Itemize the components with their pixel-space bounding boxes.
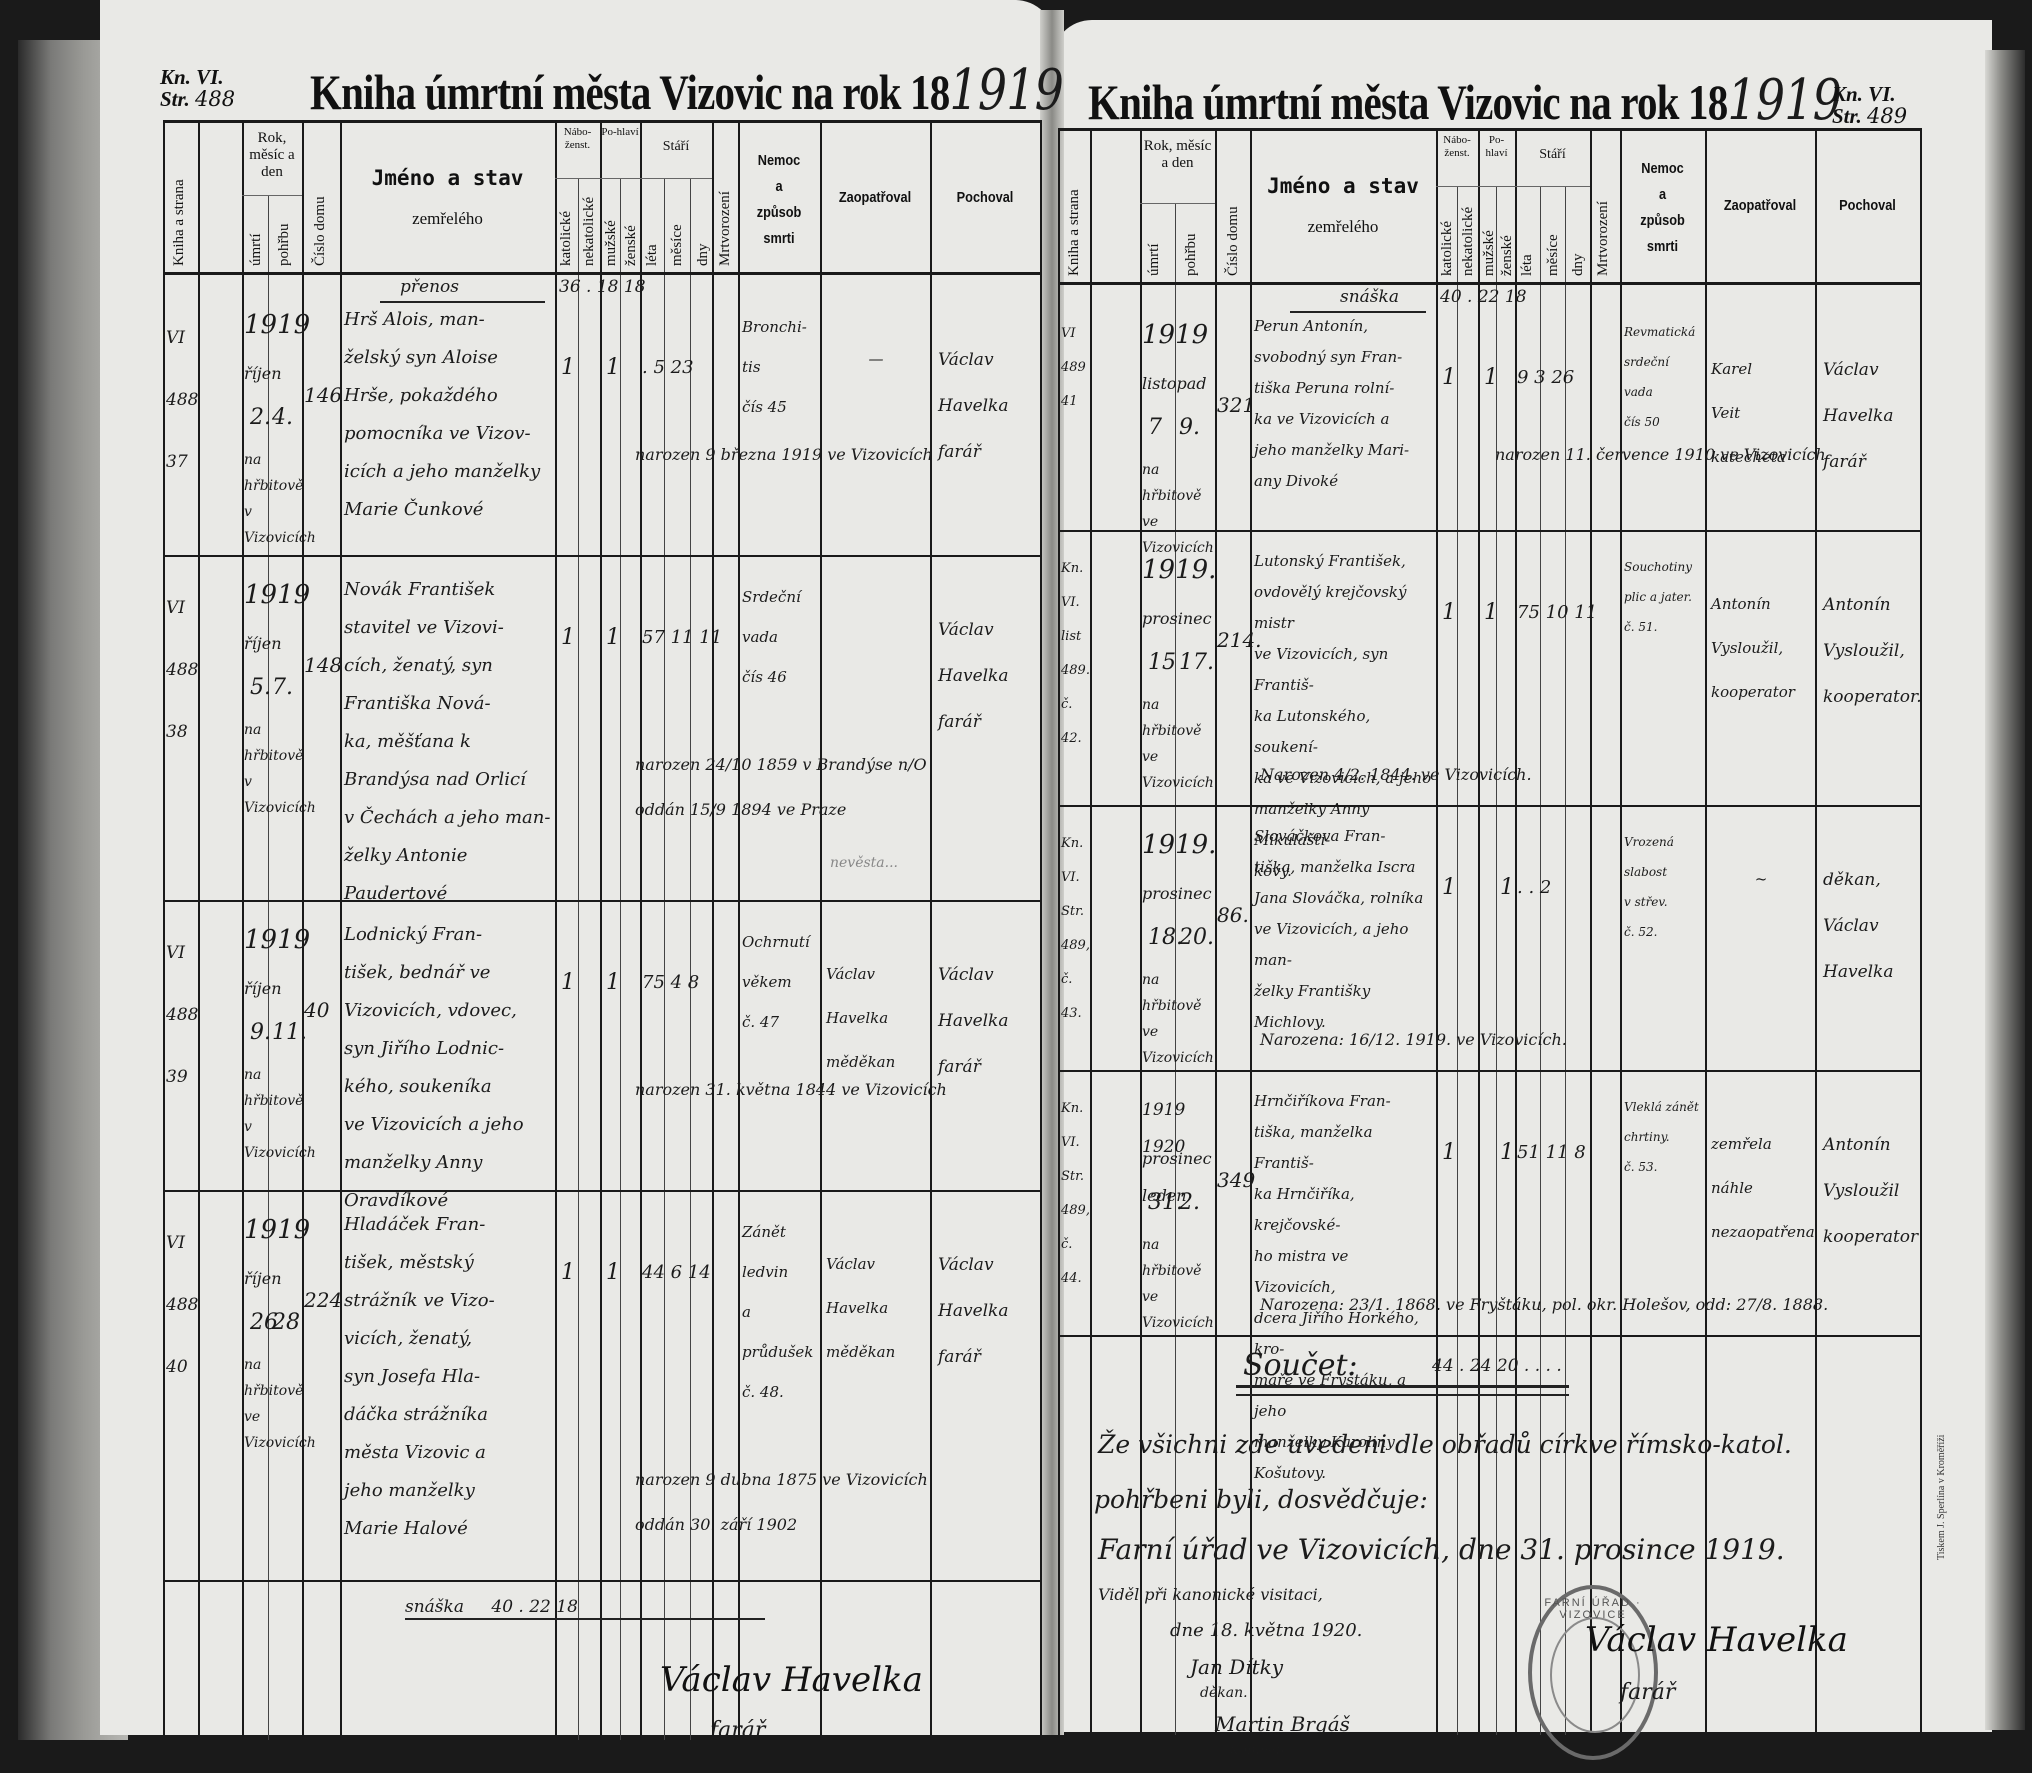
header-age-group: Stáří bbox=[640, 138, 712, 155]
title-year: 1919 bbox=[949, 58, 1063, 123]
header-name-title: Jméno a stav bbox=[340, 165, 555, 191]
entry-burial-day: 4. bbox=[272, 399, 306, 436]
entry-death-day: 18. bbox=[1148, 919, 1183, 956]
entry-cause: Zánět ledvin a průdušek č. 48. bbox=[742, 1212, 818, 1412]
carry-over-rule bbox=[405, 1618, 765, 1620]
entry-burial-place: na hřbitově ve Vizovicích bbox=[1142, 457, 1217, 561]
column-subrule bbox=[664, 178, 665, 1740]
header-bottom-rule bbox=[1058, 282, 1920, 285]
entry-cause: Revmatická srdeční vada čís 50 bbox=[1624, 317, 1703, 437]
entry-month: prosinec bbox=[1142, 600, 1217, 637]
header-male: mužské bbox=[603, 220, 620, 266]
entry-catholic: 1 bbox=[561, 619, 583, 656]
entry-name-status: Hladáček Fran- tišek, městský strážník v… bbox=[344, 1206, 553, 1548]
header-book-page: Kniha a strana bbox=[171, 179, 188, 266]
header-months: měsíce bbox=[1545, 234, 1562, 276]
right-book-ref: Kn. VI. Str. 489 bbox=[1832, 83, 1907, 127]
header-stillborn: Mrtvorození bbox=[717, 191, 734, 266]
entry-name-status: Hrš Alois, man- želský syn Aloise Hrše, … bbox=[344, 301, 553, 529]
entry-male: 1 bbox=[606, 619, 628, 656]
subheader-rule bbox=[1515, 186, 1590, 187]
entry-house-no: 349 bbox=[1217, 1162, 1252, 1199]
entry-buried-by: Václav Havelka farář bbox=[938, 952, 1036, 1090]
entry-provided: Antonín Vysloužil, kooperator bbox=[1711, 582, 1811, 714]
entry-birth-note: Narozena: 16/12. 1919. ve Vizovicích. bbox=[1260, 1030, 1567, 1049]
entry-book-page: VI 488 40 bbox=[166, 1212, 197, 1398]
subheader-rule bbox=[1140, 203, 1215, 204]
left-book-ref: Kn. VI. Str. 488 bbox=[160, 66, 235, 110]
column-rule bbox=[1815, 128, 1817, 1735]
entry-year: 1919. bbox=[1142, 552, 1217, 589]
header-cause-line: smrti bbox=[744, 226, 814, 252]
entry-age: 44 6 14 bbox=[642, 1254, 722, 1291]
column-rule bbox=[163, 120, 165, 1740]
header-name-sub: zemřelého bbox=[340, 210, 555, 227]
column-rule bbox=[555, 120, 557, 1740]
entry-year: 1919 bbox=[244, 1212, 304, 1249]
entry-house-no: 40 bbox=[304, 992, 342, 1029]
entry-book-page: VI 488 39 bbox=[166, 922, 197, 1108]
header-death: úmrtí bbox=[1146, 244, 1163, 277]
entry-cause: Ochrnutí věkem č. 47 bbox=[742, 922, 818, 1042]
entry-year: 1919. bbox=[1142, 827, 1217, 864]
entry-catholic: 1 bbox=[561, 1254, 583, 1291]
left-carry-over: snáška 40 . 22 18 bbox=[405, 1597, 578, 1617]
entry-buried-by: Václav Havelka farář bbox=[938, 337, 1036, 475]
header-name-sub: zemřelého bbox=[1250, 218, 1436, 235]
entry-male: 1 bbox=[606, 964, 628, 1001]
column-rule bbox=[820, 120, 822, 1740]
header-years: léta bbox=[1519, 254, 1536, 276]
visitation-note-2: dne 18. května 1920. bbox=[1170, 1620, 1362, 1641]
entry-month: prosinec bbox=[1142, 875, 1217, 912]
row-rule bbox=[163, 900, 1040, 902]
carried-forward: přenos bbox=[400, 277, 459, 297]
subheader-rule bbox=[555, 178, 600, 179]
parish-stamp: FARNÍ ÚŘAD · VIZOVICE bbox=[1528, 1585, 1658, 1760]
entry-name-status: Hrnčiříkova Fran- tiška, manželka Franti… bbox=[1254, 1086, 1434, 1489]
entry-burial-day: 2. bbox=[1179, 1184, 1219, 1221]
column-rule bbox=[1920, 128, 1922, 1735]
header-book-page: Kniha a strana bbox=[1066, 189, 1083, 276]
header-cause-line: a bbox=[1626, 182, 1698, 208]
header-days: dny bbox=[695, 244, 712, 267]
certification-line-3: Farní úřad ve Vizovicích, dne 31. prosin… bbox=[1098, 1533, 1785, 1566]
certification-line-2: pohřbeni byli, dosvědčuje: bbox=[1094, 1485, 1428, 1514]
column-rule bbox=[1436, 128, 1438, 1735]
header-burial: pohřbu bbox=[1183, 234, 1200, 277]
column-subrule bbox=[578, 178, 579, 1740]
subheader-rule bbox=[1478, 186, 1515, 187]
entry-catholic: 1 bbox=[1442, 869, 1464, 906]
entry-age: . . 2 bbox=[1517, 869, 1600, 906]
entry-age: 9 3 26 bbox=[1517, 359, 1600, 396]
entry-buried-by: Václav Havelka farář bbox=[1823, 347, 1916, 485]
header-provided: Zaopatřoval bbox=[1713, 193, 1807, 219]
entry-name-status: Perun Antonín, svobodný syn Fran- tiška … bbox=[1254, 311, 1434, 497]
book-edge-right bbox=[1985, 50, 2025, 1730]
entry-age: 51 11 8 bbox=[1517, 1134, 1600, 1171]
header-buried-by: Pochoval bbox=[1823, 193, 1912, 219]
header-cause: Nemocazpůsobsmrti bbox=[1626, 156, 1698, 260]
header-provided: Zaopatřoval bbox=[828, 185, 922, 211]
entry-burial-day: 17. bbox=[1179, 644, 1219, 681]
entry-month: říjen bbox=[244, 355, 304, 392]
entry-provided: ~ bbox=[1711, 857, 1811, 901]
entry-cause: Vleklá zánět chrtiny. č. 53. bbox=[1624, 1092, 1703, 1182]
header-cause-line: Nemoc bbox=[744, 148, 814, 174]
subheader-rule bbox=[242, 195, 302, 196]
page-number: 488 bbox=[195, 87, 235, 111]
column-rule bbox=[1620, 128, 1622, 1735]
entry-house-no: 224 bbox=[304, 1282, 342, 1319]
entry-burial-place: na hřbitově ve Vizovicích bbox=[244, 1352, 304, 1456]
header-cause: Nemocazpůsobsmrti bbox=[744, 148, 814, 252]
entry-birth-note: narozen 24/10 1859 v Brandýse n/O bbox=[635, 755, 927, 774]
header-days: dny bbox=[1570, 254, 1587, 277]
header-bottom-rule bbox=[163, 272, 1040, 275]
row-rule bbox=[163, 555, 1040, 557]
column-rule bbox=[1040, 120, 1042, 1740]
entry-buried-by: děkan, Václav Havelka bbox=[1823, 857, 1916, 995]
entry-buried-by: Antonín Vysloužil, kooperator. bbox=[1823, 582, 1916, 720]
entry-birth-note: Narozen 4/2. 1844. ve Vizovicích. bbox=[1260, 765, 1532, 784]
entry-house-no: 214. bbox=[1217, 622, 1252, 659]
header-sex-group: Po-hlaví bbox=[600, 126, 640, 139]
parish-signature-role: farář bbox=[1620, 1680, 1675, 1705]
row-rule bbox=[1058, 805, 1920, 807]
row-rule bbox=[163, 1580, 1040, 1582]
header-house-no: Číslo domu bbox=[1225, 206, 1242, 276]
header-noncatholic: nekatolické bbox=[581, 197, 598, 266]
carry-over-label: snáška bbox=[405, 1597, 464, 1617]
header-top-rule bbox=[163, 120, 1040, 123]
column-rule bbox=[1058, 128, 1060, 1735]
header-death: úmrtí bbox=[248, 234, 265, 267]
entry-age: . 5 23 bbox=[642, 349, 722, 386]
entry-burial-place: na hřbitově v Vizovicích bbox=[244, 447, 304, 551]
entry-catholic: 1 bbox=[1442, 594, 1464, 631]
entry-burial-day: 9. bbox=[1179, 409, 1219, 446]
entry-book-page: VI 489 41 bbox=[1061, 317, 1089, 419]
certification-line-1: Že všichni zde uvedeni dle obřadů církve… bbox=[1098, 1430, 1792, 1459]
page-label: Str. bbox=[1832, 104, 1862, 128]
entry-death-day: 15 bbox=[1148, 644, 1183, 681]
column-rule bbox=[738, 120, 740, 1740]
entry-catholic: 1 bbox=[1442, 1134, 1464, 1171]
header-religion-group: Nábo-ženst. bbox=[1436, 134, 1478, 160]
header-catholic: katolické bbox=[1439, 221, 1456, 276]
entry-year: 1919 bbox=[1142, 317, 1217, 354]
entry-marginal-note: nevěsta... bbox=[830, 855, 898, 871]
carry-over-values: 40 . 22 18 bbox=[491, 1597, 578, 1617]
entry-catholic: 1 bbox=[1442, 359, 1464, 396]
entry-age: 75 10 11 bbox=[1517, 594, 1600, 631]
title-printed: Kniha úmrtní města Vizovic na rok 18 bbox=[310, 64, 949, 120]
header-age-group: Stáří bbox=[1515, 146, 1590, 163]
visitor-signature: Jan Dítky bbox=[1190, 1655, 1283, 1679]
total-double-rule bbox=[1236, 1385, 1569, 1396]
entry-age: 75 4 8 bbox=[642, 964, 722, 1001]
entry-house-no: 321 bbox=[1217, 387, 1252, 424]
subheader-rule bbox=[640, 178, 712, 179]
column-rule bbox=[1705, 128, 1707, 1735]
column-subrule bbox=[1565, 186, 1566, 1735]
entry-burial-day: 7. bbox=[272, 669, 306, 706]
column-rule bbox=[930, 120, 932, 1740]
row-rule bbox=[163, 1190, 1040, 1192]
entry-house-no: 148 bbox=[304, 647, 342, 684]
entry-male: 1 bbox=[1484, 594, 1506, 631]
header-years: léta bbox=[644, 244, 661, 266]
header-religion-group: Nábo-ženst. bbox=[555, 126, 600, 152]
header-female: ženské bbox=[1499, 235, 1516, 276]
header-cause-line: smrti bbox=[1626, 234, 1698, 260]
entry-burial-place: na hřbitově ve Vizovicích bbox=[1142, 1232, 1217, 1336]
right-page-title: Kniha úmrtní města Vizovic na rok 181919 bbox=[1088, 68, 1841, 133]
entry-male: 1 bbox=[606, 1254, 628, 1291]
entry-birth-note: narozen 11. července 1910 ve Vizovicích bbox=[1495, 445, 1826, 464]
header-top-rule bbox=[1058, 128, 1920, 131]
commissioner-role: komisař. bbox=[1230, 1742, 1290, 1758]
header-male: mužské bbox=[1481, 230, 1498, 276]
entry-catholic: 1 bbox=[561, 349, 583, 386]
header-burial: pohřbu bbox=[276, 224, 293, 267]
header-date-group: Rok, měsíc a den bbox=[242, 130, 302, 181]
entry-age: 57 11 11 bbox=[642, 619, 722, 656]
carried-forward: snáška bbox=[1340, 287, 1399, 307]
entry-name-status: Novák František stavitel ve Vizovi- cích… bbox=[344, 571, 553, 913]
parish-signature: Václav Havelka bbox=[1585, 1620, 1848, 1660]
title-printed: Kniha úmrtní města Vizovic na rok 18 bbox=[1088, 74, 1727, 130]
entry-marriage-note: oddán 30. září 1902 bbox=[635, 1515, 797, 1534]
entry-birth-note: Narozena: 23/1. 1868. ve Fryštáku, pol. … bbox=[1260, 1295, 1828, 1314]
entry-book-page: Kn. VI. list 489. č. 42. bbox=[1061, 552, 1089, 756]
total-values: 44 . 24 20 . . . . bbox=[1432, 1356, 1562, 1376]
entry-burial-place: na hřbitově ve Vizovicích bbox=[1142, 967, 1217, 1071]
header-buried-by: Pochoval bbox=[938, 185, 1032, 211]
entry-buried-by: Václav Havelka farář bbox=[938, 607, 1036, 745]
left-signature-role: farář bbox=[710, 1718, 765, 1743]
book-label: Kn. VI. bbox=[160, 65, 224, 89]
entry-death-day: 31. bbox=[1148, 1184, 1183, 1221]
page-number: 489 bbox=[1867, 104, 1907, 128]
entry-burial-place: na hřbitově ve Vizovicích bbox=[1142, 692, 1217, 796]
entry-month: říjen bbox=[244, 1260, 304, 1297]
entry-book-page: VI 488 37 bbox=[166, 307, 197, 493]
entry-book-page: VI 488 38 bbox=[166, 577, 197, 763]
column-rule bbox=[1478, 128, 1480, 1735]
entry-house-no: 146 bbox=[304, 377, 342, 414]
title-year: 1919 bbox=[1727, 68, 1841, 133]
entry-month: říjen bbox=[244, 625, 304, 662]
left-signature: Václav Havelka bbox=[660, 1660, 923, 1700]
entry-birth-note: narozen 31. května 1844 ve Vizovicích bbox=[635, 1080, 947, 1099]
entry-year: 1919 bbox=[244, 922, 304, 959]
entry-buried-by: Václav Havelka farář bbox=[938, 1242, 1036, 1380]
header-name-title: Jméno a stav bbox=[1250, 173, 1436, 199]
header-cause-line: a bbox=[744, 174, 814, 200]
header-house-no: Číslo domu bbox=[312, 196, 329, 266]
left-page-title: Kniha úmrtní města Vizovic na rok 181919 bbox=[310, 58, 1063, 123]
entry-cause: Vrozená slabost v střev. č. 52. bbox=[1624, 827, 1703, 947]
entry-cause: Srdeční vada čís 46 bbox=[742, 577, 818, 697]
entry-year: 1919 bbox=[244, 307, 304, 344]
column-rule bbox=[600, 120, 602, 1740]
entry-burial-day: 11. bbox=[272, 1014, 306, 1051]
entry-birth-note: narozen 9 dubna 1875 ve Vizovicích bbox=[635, 1470, 928, 1489]
header-cause-line: způsob bbox=[744, 200, 814, 226]
entry-cause: Souchotiny plic a jater. č. 51. bbox=[1624, 552, 1703, 642]
entry-book-page: Kn. VI. Str. 489, č. 43. bbox=[1061, 827, 1089, 1031]
entry-birth-note: narozen 9 března 1919 ve Vizovicích bbox=[635, 445, 933, 464]
commissioner-signature: Martin Brgáš bbox=[1215, 1712, 1350, 1736]
entry-buried-by: Antonín Vysloužil kooperator bbox=[1823, 1122, 1916, 1260]
entry-provided: Václav Havelka měděkan bbox=[826, 952, 926, 1084]
column-subrule bbox=[1496, 186, 1497, 1735]
page-label: Str. bbox=[160, 87, 190, 111]
column-rule bbox=[340, 120, 342, 1740]
stamp-text: FARNÍ ÚŘAD · VIZOVICE bbox=[1532, 1597, 1654, 1621]
column-subrule bbox=[620, 178, 621, 1740]
entry-name-status: Slováčkova Fran- tiška, manželka Iscra J… bbox=[1254, 821, 1434, 1038]
header-cause-line: způsob bbox=[1626, 208, 1698, 234]
entry-marriage-note: oddán 15/9 1894 ve Praze bbox=[635, 800, 846, 819]
column-rule bbox=[1090, 128, 1092, 1735]
column-subrule bbox=[1457, 186, 1458, 1735]
printer-imprint: Tiskem J. Sperlína v Kroměříži bbox=[1936, 1435, 1947, 1560]
entry-book-page: Kn. VI. Str. 489, č. 44. bbox=[1061, 1092, 1089, 1296]
visitor-role: děkan. bbox=[1200, 1685, 1248, 1701]
visitation-note-1: Viděl při kanonické visitaci, bbox=[1098, 1585, 1323, 1604]
entry-male: 1 bbox=[606, 349, 628, 386]
entry-provided: zemřela náhle nezaopatřena bbox=[1711, 1122, 1811, 1254]
header-female: ženské bbox=[623, 225, 640, 266]
entry-burial-day: 20. bbox=[1179, 919, 1219, 956]
carried-forward-values: 36 . 18 18 bbox=[559, 277, 646, 297]
subheader-rule bbox=[1436, 186, 1478, 187]
entry-burial-place: na hřbitově v Vizovicích bbox=[244, 1062, 304, 1166]
carried-forward-values: 40 . 22 18 bbox=[1440, 287, 1527, 307]
entry-provided: — bbox=[826, 337, 926, 381]
column-rule bbox=[198, 120, 200, 1740]
header-months: měsíce bbox=[669, 224, 686, 266]
header-noncatholic: nekatolické bbox=[1460, 207, 1477, 276]
entry-burial-place: na hřbitově v Vizovicích bbox=[244, 717, 304, 821]
entry-month: říjen bbox=[244, 970, 304, 1007]
total-label: Součet: bbox=[1243, 1348, 1358, 1383]
entry-cause: Bronchi- tis čís 45 bbox=[742, 307, 818, 427]
header-date-group: Rok, měsíc a den bbox=[1140, 138, 1215, 172]
column-subrule bbox=[1540, 186, 1541, 1735]
entry-death-day: 7 bbox=[1148, 409, 1183, 446]
book-label: Kn. VI. bbox=[1832, 82, 1896, 106]
entry-male: 1 bbox=[1484, 359, 1506, 396]
subheader-rule bbox=[600, 178, 640, 179]
column-subrule bbox=[690, 178, 691, 1740]
entry-name-status: Lodnický Fran- tišek, bednář ve Vizovicí… bbox=[344, 916, 553, 1220]
entry-catholic: 1 bbox=[561, 964, 583, 1001]
entry-month: listopad bbox=[1142, 365, 1217, 402]
header-cause-line: Nemoc bbox=[1626, 156, 1698, 182]
entry-provided: Václav Havelka měděkan bbox=[826, 1242, 926, 1374]
header-stillborn: Mrtvorození bbox=[1595, 201, 1612, 276]
entry-house-no: 86. bbox=[1217, 897, 1252, 934]
entry-year: 1919 bbox=[244, 577, 304, 614]
header-catholic: katolické bbox=[558, 211, 575, 266]
header-sex-group: Po-hlaví bbox=[1478, 134, 1515, 160]
entry-burial-day: 28 bbox=[272, 1304, 306, 1341]
